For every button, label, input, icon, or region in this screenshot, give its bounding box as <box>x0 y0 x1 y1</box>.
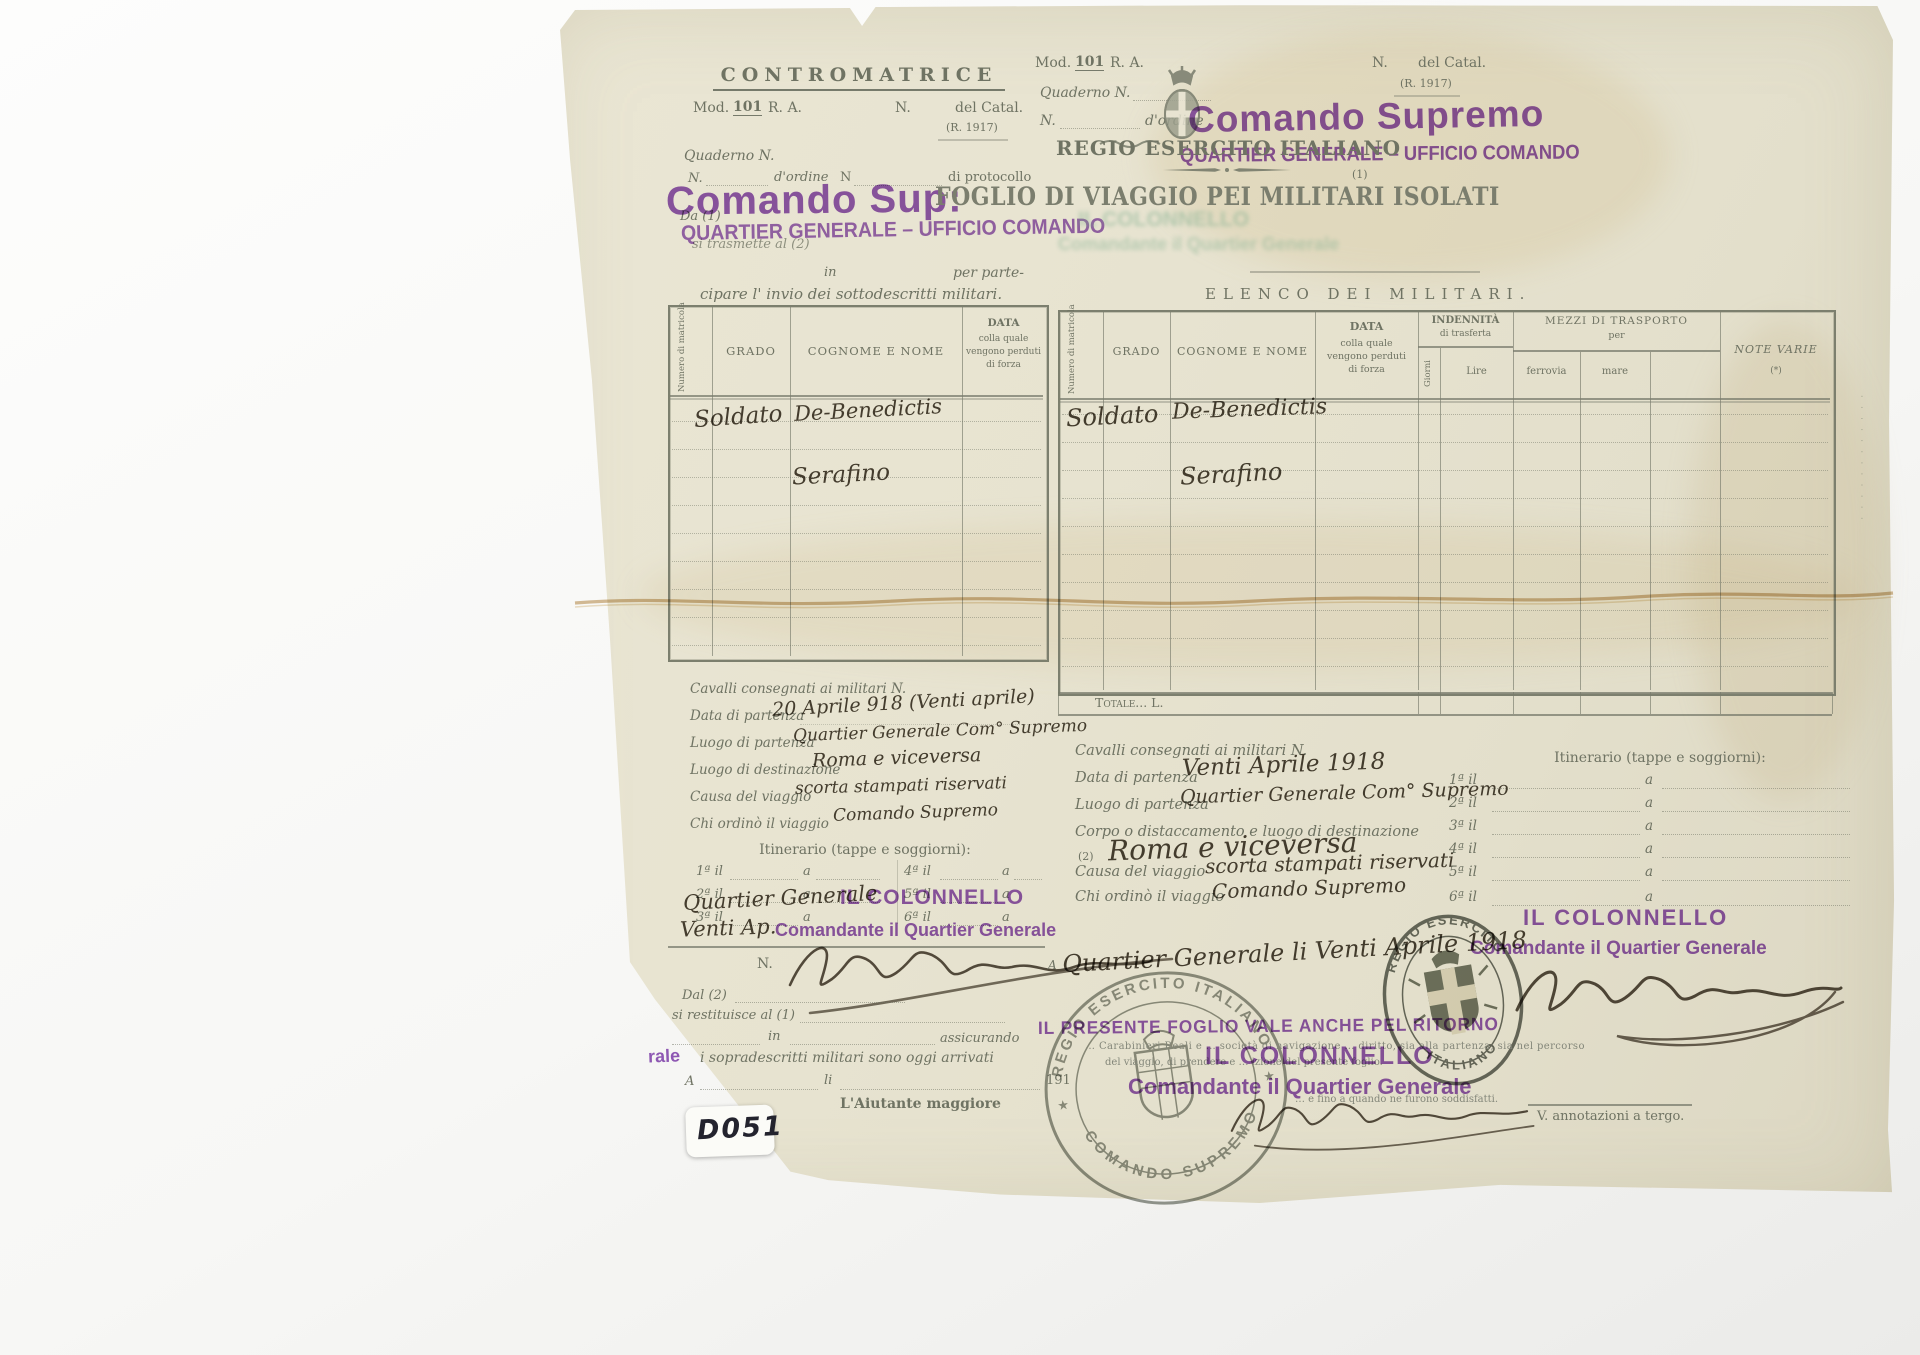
field-chi-ordino: Chi ordinò il viaggio <box>1075 889 1224 905</box>
handwritten-nome: Serafino <box>1179 457 1283 490</box>
counterfoil-mod-label: Mod. <box>693 100 729 116</box>
totale-label: Totale... L. <box>1095 695 1163 710</box>
column-header-grado: GRADO <box>1103 345 1170 358</box>
itin-row-a: a <box>1645 864 1653 880</box>
title-rule <box>1250 271 1480 273</box>
field-chi-ordino: Chi ordinò il viaggio <box>690 816 829 832</box>
topright-n: N. <box>1372 55 1388 71</box>
dotted-line <box>730 878 798 880</box>
field-footnote2-marker: (2) <box>1078 850 1094 863</box>
dotted-line <box>1014 878 1042 880</box>
stamp-comando-supremo: Comando Supremo <box>1188 93 1545 141</box>
field-causa: Causa del viaggio <box>1075 864 1205 880</box>
main-mod-number: 101 <box>1075 54 1104 71</box>
itin-row-a: a <box>1645 818 1653 834</box>
itin-row-a: a <box>1645 795 1653 811</box>
dotted-line <box>1492 879 1640 881</box>
table-column-line <box>1103 312 1104 690</box>
itin-row-label: 5ª il <box>1449 864 1477 880</box>
counterfoil-quaderno-label: Quaderno N. <box>684 148 774 164</box>
elenco-heading: ELENCO DEI MILITARI. <box>1205 285 1485 303</box>
rule <box>938 139 1008 141</box>
dotted-line <box>816 878 880 880</box>
table-column-line <box>1440 692 1441 714</box>
column-header-cognome: COGNOME E NOME <box>1170 345 1315 358</box>
dotted-line <box>1492 856 1640 858</box>
dotted-line <box>1662 879 1850 881</box>
table-header-line <box>670 395 1043 397</box>
main-quaderno-label: Quaderno N. <box>1040 85 1130 101</box>
field-li: li <box>824 1073 832 1088</box>
table-row-line <box>672 504 1041 506</box>
counterfoil-n4: N. <box>757 956 773 972</box>
totale-row-line <box>1058 692 1832 694</box>
indennita-subline <box>1418 346 1513 348</box>
table-row-line <box>1062 497 1828 499</box>
column-header-giorni: Giorni <box>1423 352 1433 396</box>
table-column-line <box>1513 692 1514 714</box>
table-row-line <box>1062 553 1828 555</box>
field-aiutante: L'Aiutante maggiore <box>840 1096 1001 1112</box>
counterfoil-n-label: N. <box>895 100 911 116</box>
main-n-label: N. <box>1040 113 1056 129</box>
column-header-data-l3: vengono perduti <box>1315 351 1418 362</box>
document-title: FOGLIO DI VIAGGIO PEI MILITARI ISOLATI <box>935 182 1432 212</box>
counterfoil-catal-label: del Catal. <box>955 100 1023 116</box>
table-row-line <box>1062 637 1828 639</box>
archive-sticker-label: D051 <box>696 1111 784 1146</box>
itinerario-title: Itinerario (tappe e soggiorni): <box>1510 750 1810 766</box>
field-data-partenza: Data di partenza <box>1075 770 1198 786</box>
column-header-ferrovia: ferrovia <box>1513 366 1580 377</box>
stamp-fragment-rale: rale <box>648 1045 681 1067</box>
dotted-line <box>1492 810 1640 812</box>
column-header-data: DATA <box>962 317 1045 329</box>
main-footnote1-marker: (1) <box>1352 168 1368 181</box>
column-header-data-l4: di forza <box>1315 364 1418 375</box>
itin-row-a: a <box>1645 889 1653 905</box>
column-header-grado: GRADO <box>712 344 790 358</box>
dotted-line <box>790 1043 935 1045</box>
dotted-line <box>1662 787 1850 789</box>
field-dal: Dal (2) <box>682 988 727 1003</box>
column-header-mezzi: MEZZI DI TRASPORTO <box>1513 315 1720 327</box>
field-in2: in <box>768 1029 781 1044</box>
table-column-line <box>1418 692 1419 714</box>
table-column-line <box>1650 692 1651 714</box>
table-row-line <box>1062 469 1828 471</box>
dotted-line <box>940 878 998 880</box>
table-row-line <box>672 448 1041 450</box>
dotted-line <box>672 1043 760 1045</box>
counterfoil-in-label: in <box>824 265 837 280</box>
dotted-line <box>1662 833 1850 835</box>
handwritten-venti-ap: Venti Ap. <box>680 914 777 941</box>
table-bottom-line <box>1058 714 1832 716</box>
field-causa: Causa del viaggio <box>690 789 811 805</box>
main-mod-label: Mod. <box>1035 55 1071 71</box>
counterfoil-mod-number: 101 <box>733 99 762 116</box>
dotted-line <box>800 1021 1005 1023</box>
field-restituisce: si restituisce al (1) <box>672 1008 795 1023</box>
column-header-data-l2: colla quale <box>1315 338 1418 349</box>
itin-row-label: 2ª il <box>1449 795 1477 811</box>
svg-text:★: ★ <box>1057 1098 1071 1114</box>
column-header-data-l3: vengono perduti <box>962 347 1045 357</box>
table-column-line <box>1580 692 1581 714</box>
table-column-line <box>1440 348 1441 692</box>
field-assicurando: assicurando <box>940 1031 1019 1046</box>
handwritten-grado: Soldato <box>1065 400 1159 433</box>
table-row-line <box>672 644 1041 646</box>
field-a: A <box>685 1074 694 1089</box>
dotted-line <box>700 1088 818 1090</box>
topright-catal: del Catal. <box>1418 55 1486 71</box>
stamp-colonnello-mid: IL COLONNELLO <box>1205 1042 1435 1071</box>
stamp-colonnello-left: IL COLONNELLO <box>840 886 1024 910</box>
column-header-data-l2: colla quale <box>962 334 1045 344</box>
counterfoil-title: CONTROMATRICE <box>713 64 1005 91</box>
itin-row-label: 4ª il <box>1449 841 1477 857</box>
column-header-note-varie: NOTE VARIE <box>1720 343 1832 356</box>
itinerario-title: Itinerario (tappe e soggiorni): <box>735 842 995 858</box>
table-row-line <box>672 560 1041 562</box>
column-header-data: DATA <box>1315 320 1418 333</box>
table-row-line <box>1062 441 1828 443</box>
column-header-per: per <box>1513 330 1720 341</box>
main-mod-ra: R. A. <box>1110 55 1144 71</box>
itin-row-label: 1ª il <box>1449 772 1477 788</box>
printer-imprint: · · · · · · · · · · · · <box>1858 392 1867 520</box>
dotted-line <box>735 1001 905 1003</box>
table-column-line <box>1170 312 1171 690</box>
table-column-line <box>1058 692 1059 714</box>
column-header-cognome: COGNOME E NOME <box>790 344 962 358</box>
scanned-document-page: CONTROMATRICE Mod. 101 R. A. N. del Cata… <box>0 0 1920 1355</box>
itin-row-a: a <box>1645 772 1653 788</box>
dotted-line <box>1492 787 1640 789</box>
table-column-line <box>1832 692 1833 714</box>
itin-row-a: a <box>1002 864 1010 879</box>
column-header-matricola: Numero di matricola <box>1068 316 1077 394</box>
table-row-line <box>1062 665 1828 667</box>
printed-a-marker: A <box>1048 958 1057 972</box>
counterfoil-mod-ra: R. A. <box>768 100 802 116</box>
table-row-line <box>1062 525 1828 527</box>
itin-row-label: 1ª il <box>696 864 723 879</box>
dotted-line <box>1060 127 1140 129</box>
itin-row-a: a <box>1645 841 1653 857</box>
table-column-line <box>1580 352 1581 690</box>
signature-colonnello-3 <box>1222 1080 1542 1170</box>
column-header-data-l4: di forza <box>962 360 1045 370</box>
field-sopradescritti: i sopradescritti militari sono oggi arri… <box>700 1050 994 1066</box>
itin-row-label: 4ª il <box>904 864 931 879</box>
dotted-line <box>1662 856 1850 858</box>
counterfoil-cipare: cipare l' invio dei sottodescritti milit… <box>700 285 1002 303</box>
dotted-line <box>1662 810 1850 812</box>
divider-ornament <box>1163 164 1291 176</box>
itin-row-label: 3ª il <box>1449 818 1477 834</box>
stamp-ritorno: IL PRESENTE FOGLIO VALE ANCHE PEL RITORN… <box>1038 1014 1499 1039</box>
table-column-line <box>1650 352 1651 690</box>
column-header-mare: mare <box>1580 366 1650 377</box>
stamp-colonnello-right: IL COLONNELLO <box>1523 905 1728 931</box>
table-row-line <box>672 532 1041 534</box>
paper-crease <box>555 575 1900 625</box>
table-column-line <box>1720 692 1721 714</box>
itin-row-a: a <box>803 864 811 879</box>
annotazioni-label: V. annotazioni a tergo. <box>1537 1109 1684 1124</box>
regio-esercito-heading: REGIO ESERCITO ITALIANO <box>1056 136 1400 160</box>
table-column-line <box>1418 312 1419 690</box>
bleedthrough-comandante: Comandante il Quartier Generale <box>1058 234 1339 255</box>
column-header-trasferta: di trasferta <box>1418 329 1513 339</box>
column-header-note-star: (*) <box>1720 366 1832 376</box>
column-header-indennita: INDENNITÀ <box>1418 315 1513 326</box>
column-header-lire: Lire <box>1440 366 1513 377</box>
counterfoil-per-parte: per parte- <box>953 265 1024 281</box>
annotazioni-rule <box>1528 1104 1692 1106</box>
handwritten-nome: Serafino <box>791 459 890 490</box>
dotted-line <box>1492 833 1640 835</box>
topright-r1917: (R. 1917) <box>1400 77 1452 90</box>
mezzi-subline <box>1513 350 1720 352</box>
column-header-matricola: Numero di matricola <box>678 314 687 392</box>
dotted-line <box>840 1088 1040 1090</box>
counterfoil-r1917: (R. 1917) <box>946 121 998 134</box>
